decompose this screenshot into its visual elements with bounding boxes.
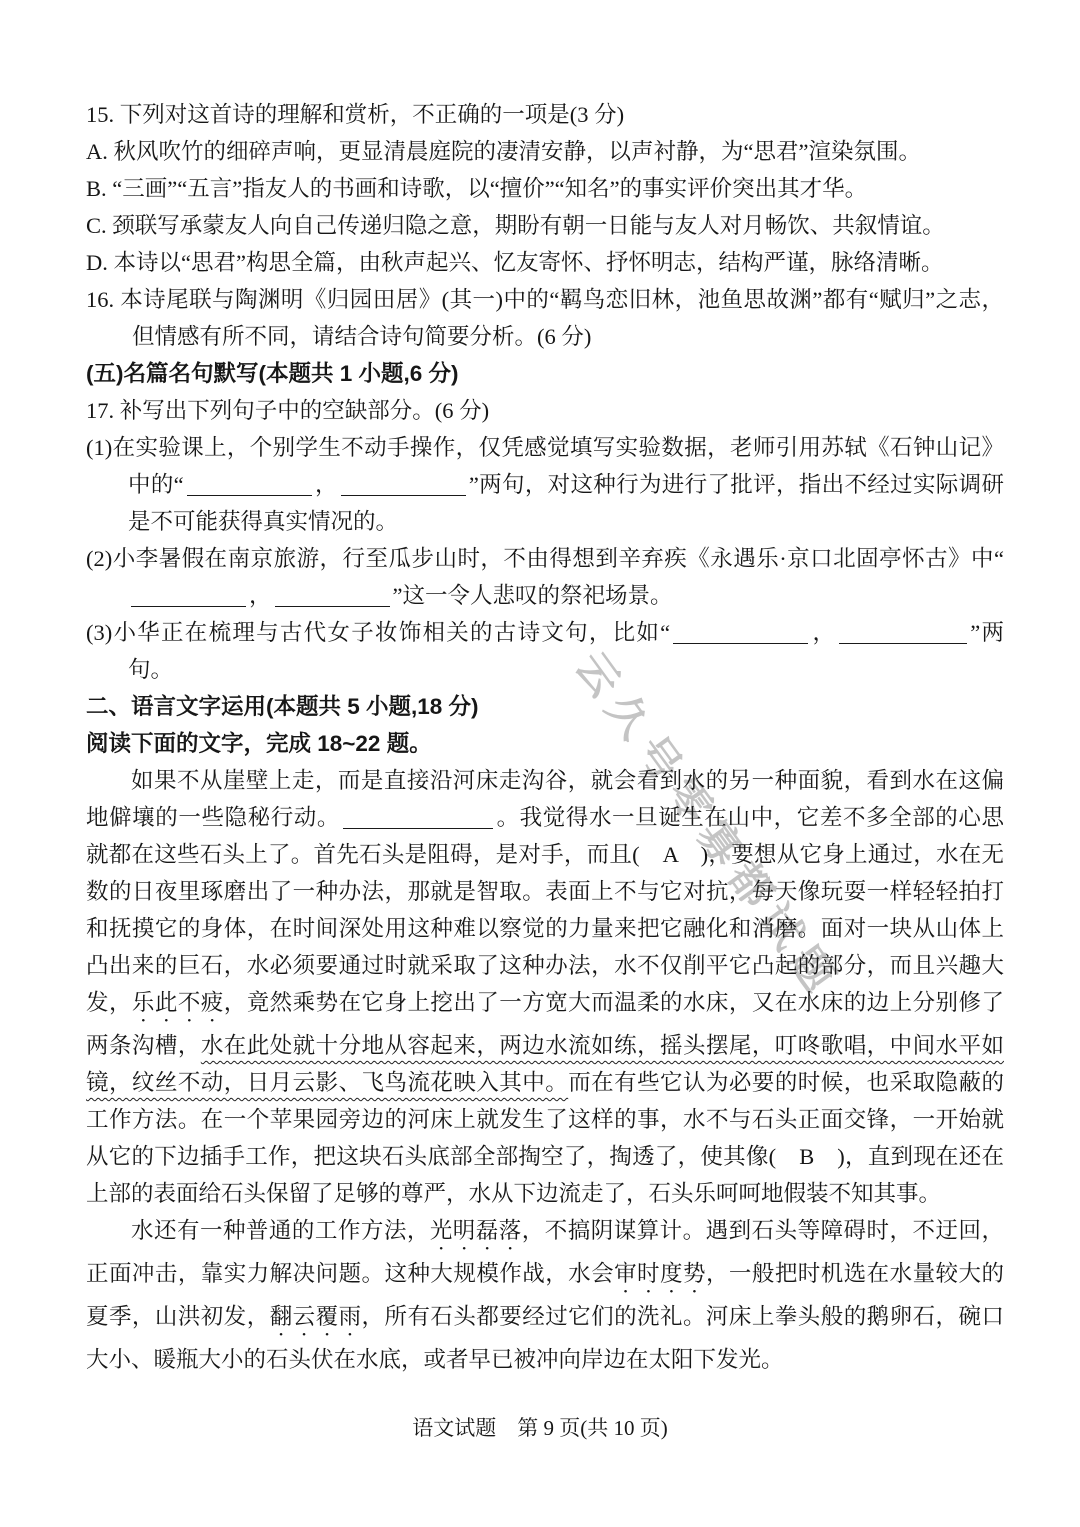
passage-paragraph-2: 水还有一种普通的工作方法，光明磊落，不搞阴谋算计。遇到石头等障碍时，不迂回，正面… xyxy=(86,1212,1004,1378)
question-17-stem: 17. 补写出下列句子中的空缺部分。(6 分) xyxy=(86,392,1004,429)
question-17-item-2: (2)小李暑假在南京旅游，行至瓜步山时，不由得想到辛弃疾《永遇乐·京口北固亭怀古… xyxy=(86,540,1004,614)
page-footer: 语文试题 第 9 页(共 10 页) xyxy=(0,1412,1080,1442)
section-2-heading: 二、语言文字运用(本题共 5 小题,18 分) xyxy=(86,688,1004,725)
question-16: 16. 本诗尾联与陶渊明《归园田居》(其一)中的“羁鸟恋旧林，池鱼思故渊”都有“… xyxy=(86,281,1004,355)
passage-paragraph-1: 如果不从崖壁上走，而是直接沿河床走沟谷，就会看到水的另一种面貌，看到水在这偏地僻… xyxy=(86,762,1004,1212)
text-segment: (3)小华正在梳理与古代女子妆饰相关的古诗文句，比如“ xyxy=(86,620,670,645)
answer-blank xyxy=(187,476,312,496)
answer-blank xyxy=(131,587,246,607)
emphasized-phrase: 翻云覆雨 xyxy=(270,1304,362,1329)
text-segment: 水还有一种普通的工作方法， xyxy=(131,1218,430,1243)
text-segment: 。我觉得水一旦诞生在山中，它差不多全部的心思就都在这些石头上了。首先石头是阻碍，… xyxy=(86,805,1004,1015)
question-15-option-c: C. 颈联写承蒙友人向自己传递归隐之意，期盼有朝一日能与友人对月畅饮、共叙情谊。 xyxy=(86,207,1004,244)
reading-intro: 阅读下面的文字，完成 18~22 题。 xyxy=(86,725,1004,762)
emphasized-phrase: 乐此不疲 xyxy=(132,990,224,1015)
exam-paper-page: 云久号零寡都试题 15. 下列对这首诗的理解和赏析，不正确的一项是(3 分) A… xyxy=(0,0,1080,1527)
answer-blank xyxy=(673,624,808,644)
emphasized-phrase: 光明磊落 xyxy=(430,1218,522,1243)
question-17-item-3: (3)小华正在梳理与古代女子妆饰相关的古诗文句，比如“，”两句。 xyxy=(86,614,1004,688)
text-segment: (2)小李暑假在南京旅游，行至瓜步山时，不由得想到辛弃疾《永遇乐·京口北固亭怀古… xyxy=(86,546,1004,571)
text-segment: ， xyxy=(249,583,272,608)
text-segment: ， xyxy=(811,620,836,645)
question-15-stem: 15. 下列对这首诗的理解和赏析，不正确的一项是(3 分) xyxy=(86,96,1004,133)
text-segment: ”这一令人悲叹的祭祀场景。 xyxy=(393,583,673,608)
answer-blank xyxy=(839,624,967,644)
answer-blank xyxy=(275,587,390,607)
answer-blank xyxy=(341,476,466,496)
text-segment: ， xyxy=(315,472,338,497)
question-15-option-b: B. “三画”“五言”指友人的书画和诗歌，以“擅价”“知名”的事实评价突出其才华… xyxy=(86,170,1004,207)
question-15-option-d: D. 本诗以“思君”构思全篇，由秋声起兴、忆友寄怀、抒怀明志，结构严谨，脉络清晰… xyxy=(86,244,1004,281)
question-17-item-1: (1)在实验课上，个别学生不动手操作，仅凭感觉填写实验数据，老师引用苏轼《石钟山… xyxy=(86,429,1004,540)
page-content: 15. 下列对这首诗的理解和赏析，不正确的一项是(3 分) A. 秋风吹竹的细碎… xyxy=(86,96,1004,1378)
answer-blank xyxy=(343,809,493,829)
emphasized-phrase: 审时度势 xyxy=(614,1261,706,1286)
question-15-option-a: A. 秋风吹竹的细碎声响，更显清晨庭院的凄清安静，以声衬静，为“思君”渲染氛围。 xyxy=(86,133,1004,170)
section-5-heading: (五)名篇名句默写(本题共 1 小题,6 分) xyxy=(86,355,1004,392)
